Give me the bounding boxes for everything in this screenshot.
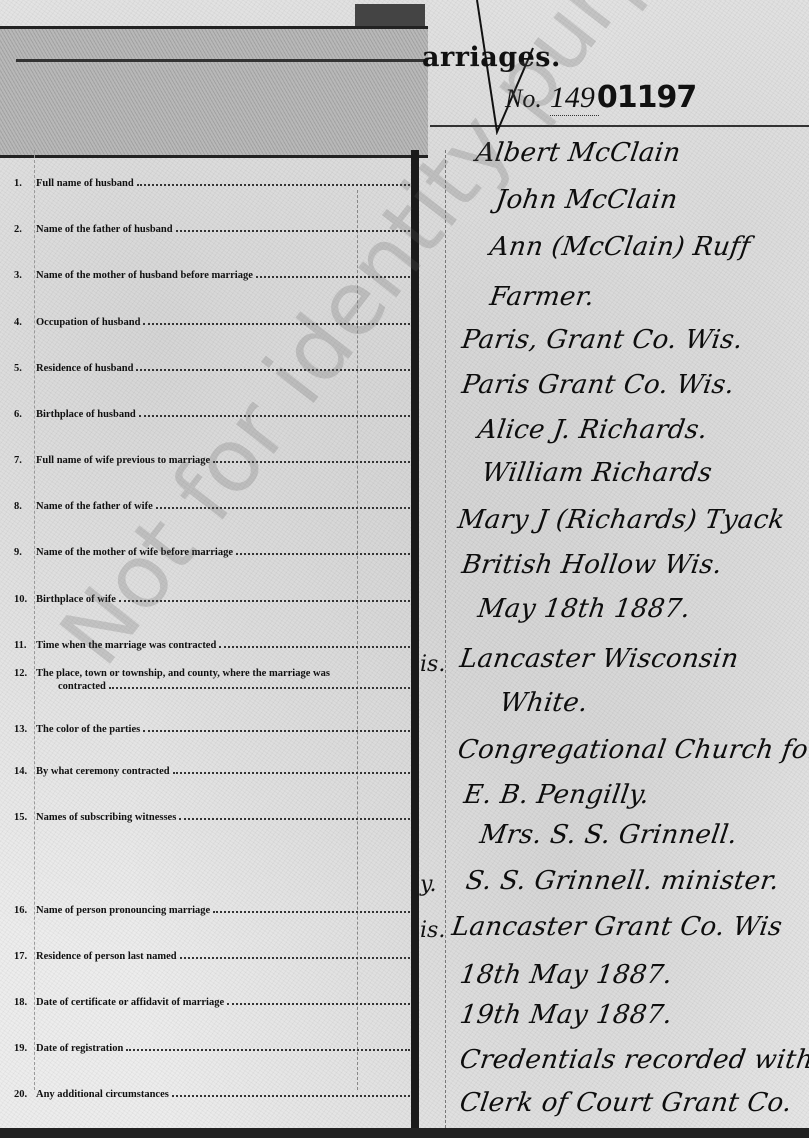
answer-wife-name: Alice J. Richards. xyxy=(476,415,710,445)
answer-husband-birthplace: Paris Grant Co. Wis. xyxy=(460,370,736,400)
answer-husband-father: John McClain xyxy=(494,185,680,215)
field-label-3: 3.Name of the mother of husband before m… xyxy=(14,268,410,281)
handwritten-answers: Albert McClain John McClain Ann (McClain… xyxy=(440,0,809,1138)
answer-officiant: S. S. Grinnell. minister. xyxy=(464,866,781,896)
field-label-10: 10.Birthplace of wife xyxy=(14,592,410,605)
answer-husband-name: Albert McClain xyxy=(474,138,683,168)
field-label-9: 9.Name of the mother of wife before marr… xyxy=(14,545,410,558)
answer-wife-birthplace: British Hollow Wis. xyxy=(460,550,724,580)
answer-witness-1: E. B. Pengilly. xyxy=(462,780,651,810)
field-label-13: 13.The color of the parties xyxy=(14,722,410,735)
answer-additional-2: Clerk of Court Grant Co. xyxy=(458,1088,794,1118)
answer-husband-occupation: Farmer. xyxy=(488,282,596,312)
field-label-5: 5.Residence of husband xyxy=(14,361,410,374)
answer-additional-1: Credentials recorded with xyxy=(458,1045,809,1075)
scanned-page: arriages. No. 149 01197 1.Full name of h… xyxy=(0,0,809,1138)
answer-color: White. xyxy=(498,688,590,718)
answer-husband-mother: Ann (McClain) Ruff xyxy=(488,232,752,262)
page-gutter xyxy=(411,150,419,1138)
field-label-20: 20.Any additional circumstances xyxy=(14,1087,410,1100)
field-label-19: 19.Date of registration xyxy=(14,1041,410,1054)
field-label-4: 4.Occupation of husband xyxy=(14,315,410,328)
answer-certificate-date: 18th May 1887. xyxy=(458,960,674,990)
field-label-15: 15.Names of subscribing witnesses xyxy=(14,810,410,823)
field-label-7: 7.Full name of wife previous to marriage xyxy=(14,453,410,466)
field-label-2: 2.Name of the father of husband xyxy=(14,222,410,235)
answer-marriage-time: May 18th 1887. xyxy=(476,594,692,624)
answer-registration-date: 19th May 1887. xyxy=(458,1000,674,1030)
field-label-8: 8.Name of the father of wife xyxy=(14,499,410,512)
field-label-14: 14.By what ceremony contracted xyxy=(14,764,410,777)
field-label-18: 18.Date of certificate or affidavit of m… xyxy=(14,995,410,1008)
field-label-11: 11.Time when the marriage was contracted xyxy=(14,638,410,651)
field-label-12: 12.The place, town or township, and coun… xyxy=(14,668,410,692)
field-label-1: 1.Full name of husband xyxy=(14,176,410,189)
answer-marriage-place: Lancaster Wisconsin xyxy=(458,644,741,674)
answer-ceremony: Congregational Church form. xyxy=(456,735,809,765)
answer-witness-2: Mrs. S. S. Grinnell. xyxy=(478,820,739,850)
field-label-16: 16.Name of person pronouncing marriage xyxy=(14,903,410,916)
field-label-6: 6.Birthplace of husband xyxy=(14,407,410,420)
gutter-fragment: y. xyxy=(420,872,437,897)
answer-officiant-residence: Lancaster Grant Co. Wis xyxy=(450,912,784,942)
answer-wife-father: William Richards xyxy=(480,458,714,488)
form-labels: 1.Full name of husband 2.Name of the fat… xyxy=(0,0,412,1138)
field-label-17: 17.Residence of person last named xyxy=(14,949,410,962)
answer-wife-mother: Mary J (Richards) Tyack xyxy=(456,505,787,535)
answer-husband-residence: Paris, Grant Co. Wis. xyxy=(460,325,745,355)
